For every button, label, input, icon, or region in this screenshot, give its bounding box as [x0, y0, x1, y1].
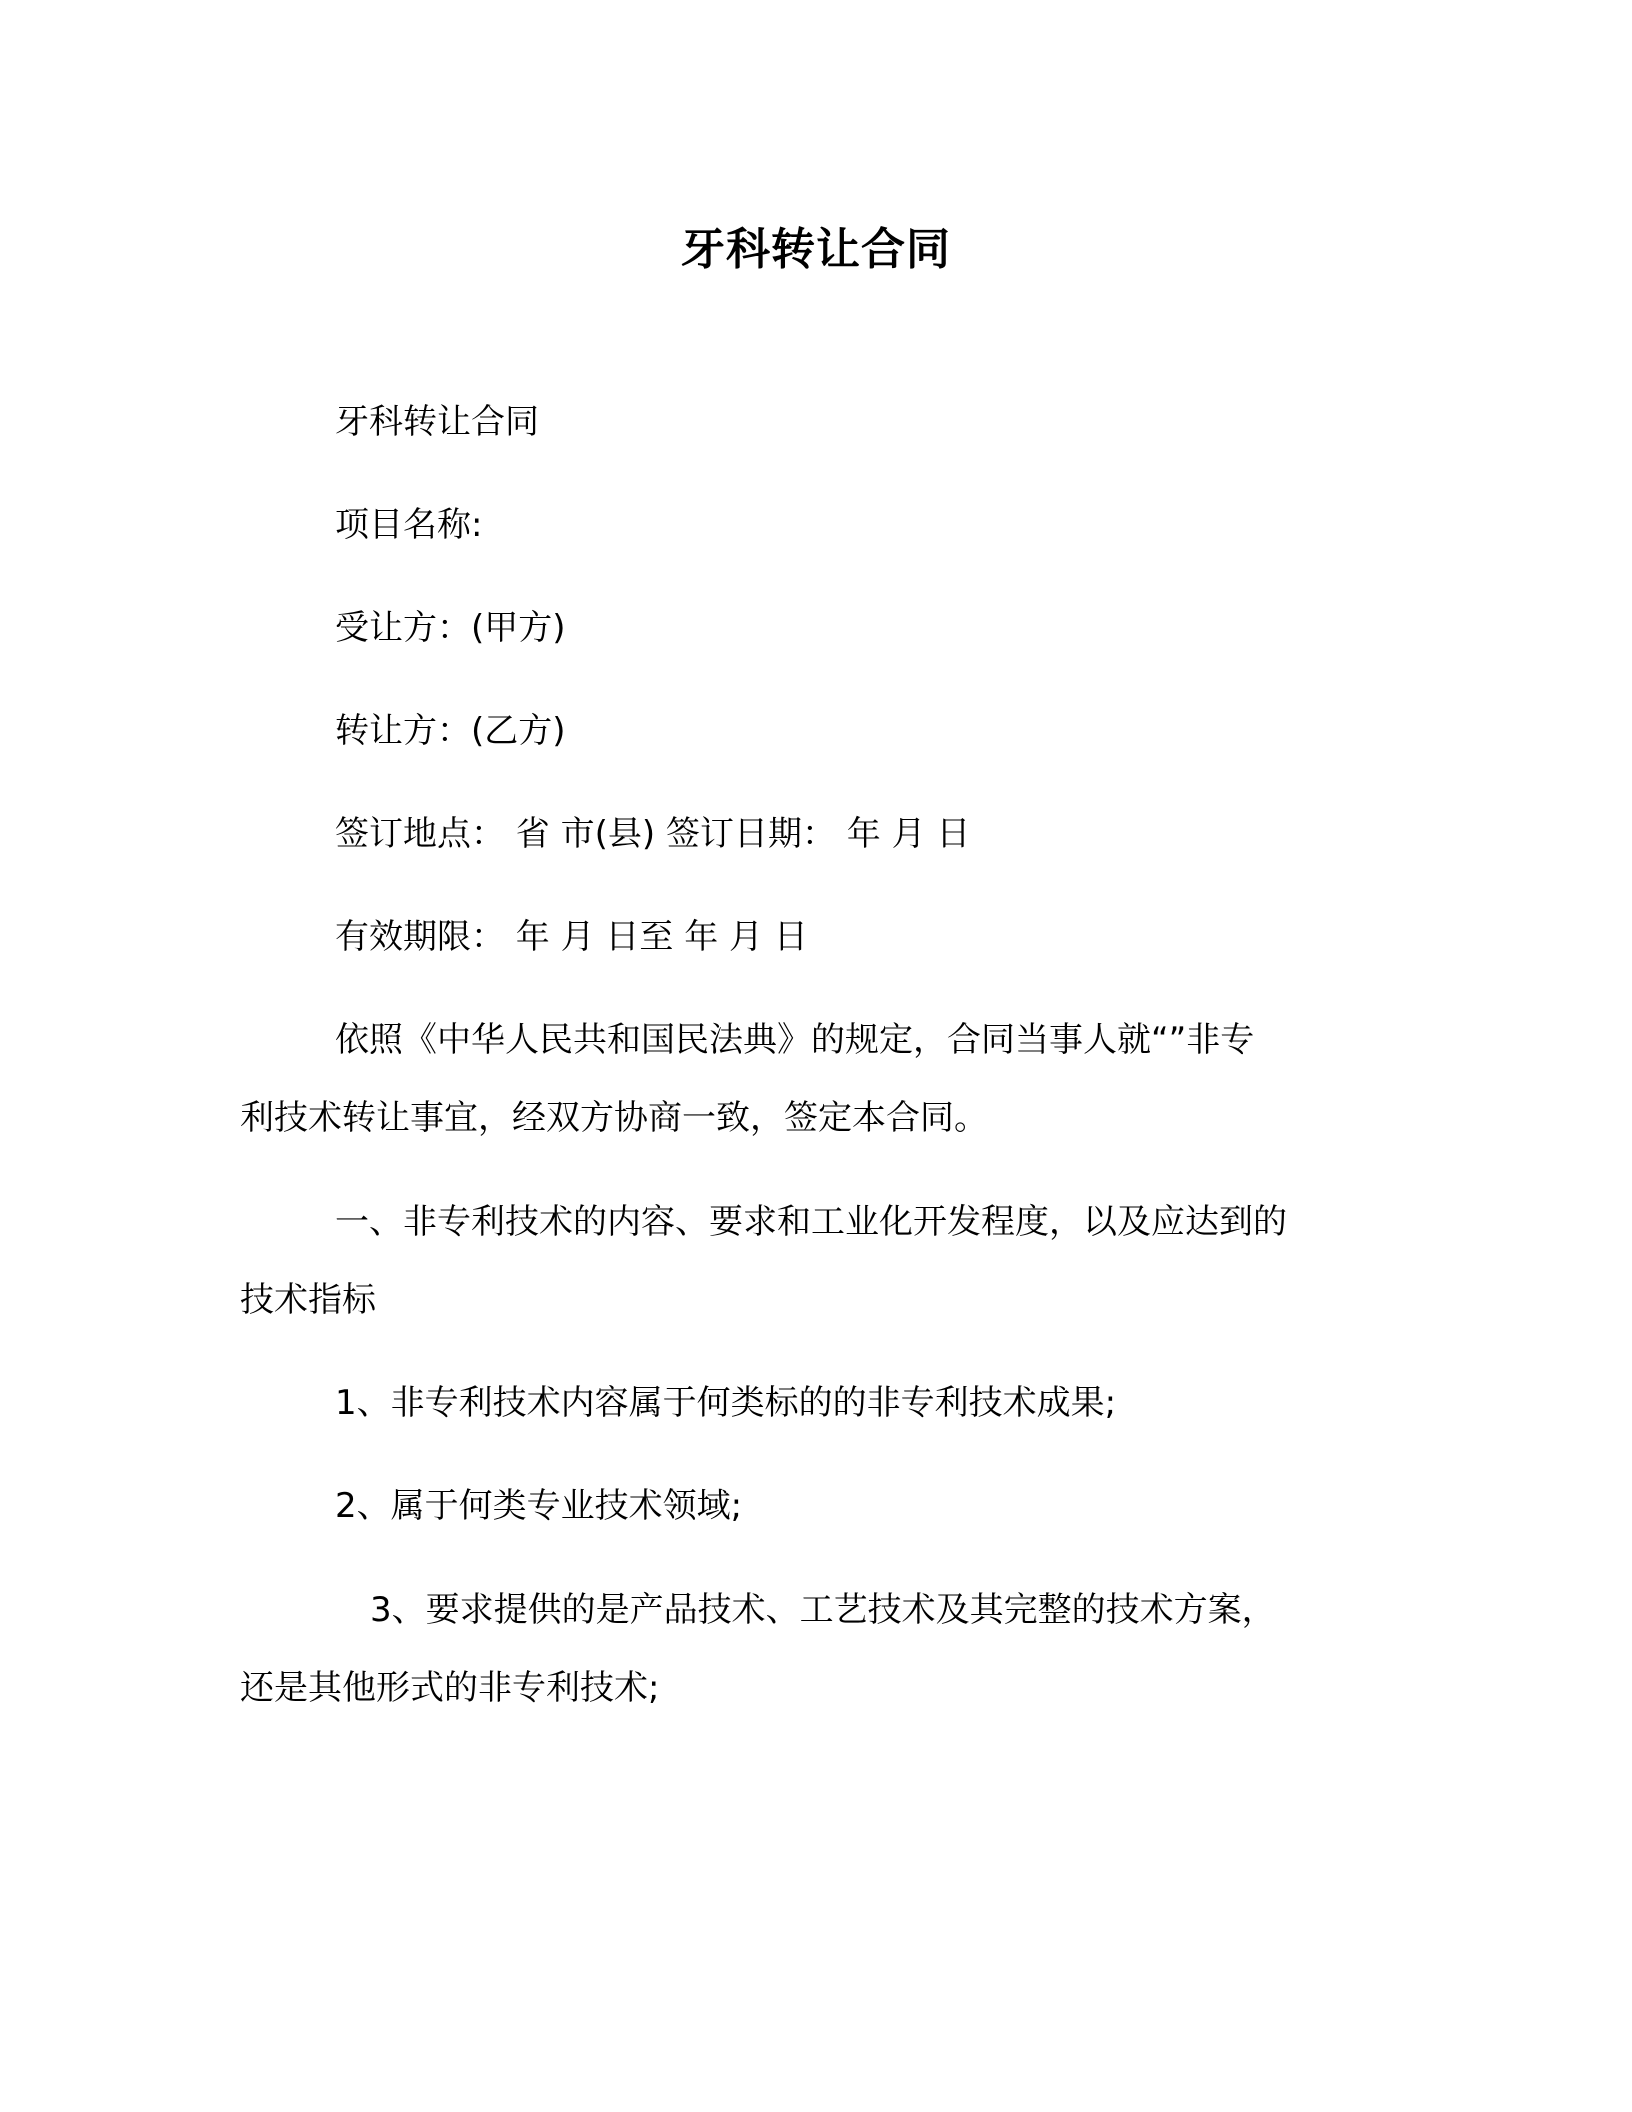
signing-place-date-field: 签订地点： 省 市(县) 签订日期： 年 月 日 — [335, 812, 970, 856]
document-title: 牙科转让合同 — [0, 222, 1632, 278]
preamble-line-1: 依照《中华人民共和国民法典》的规定，合同当事人就“”非专 — [335, 1018, 1254, 1062]
clause-item-1: 1、非专利技术内容属于何类标的的非专利技术成果; — [335, 1381, 1116, 1425]
clause-item-3-line-2: 还是其他形式的非专利技术; — [240, 1666, 659, 1710]
project-name-field: 项目名称: — [335, 503, 482, 547]
transferor-field: 转让方：(乙方) — [335, 709, 566, 753]
validity-period-field: 有效期限： 年 月 日至 年 月 日 — [335, 915, 808, 959]
clause-item-3-line-1: 3、要求提供的是产品技术、工艺技术及其完整的技术方案， — [370, 1588, 1276, 1632]
transferee-field: 受让方：(甲方) — [335, 606, 566, 650]
document-page: 牙科转让合同 牙科转让合同 项目名称: 受让方：(甲方) 转让方：(乙方) 签订… — [0, 0, 1632, 2112]
section-1-heading-line-2: 技术指标 — [240, 1278, 376, 1322]
clause-item-2: 2、属于何类专业技术领域; — [335, 1484, 742, 1528]
section-1-heading-line-1: 一、非专利技术的内容、要求和工业化开发程度，以及应达到的 — [335, 1200, 1287, 1244]
preamble-line-2: 利技术转让事宜，经双方协商一致，签定本合同。 — [240, 1096, 988, 1140]
contract-heading: 牙科转让合同 — [335, 400, 539, 444]
